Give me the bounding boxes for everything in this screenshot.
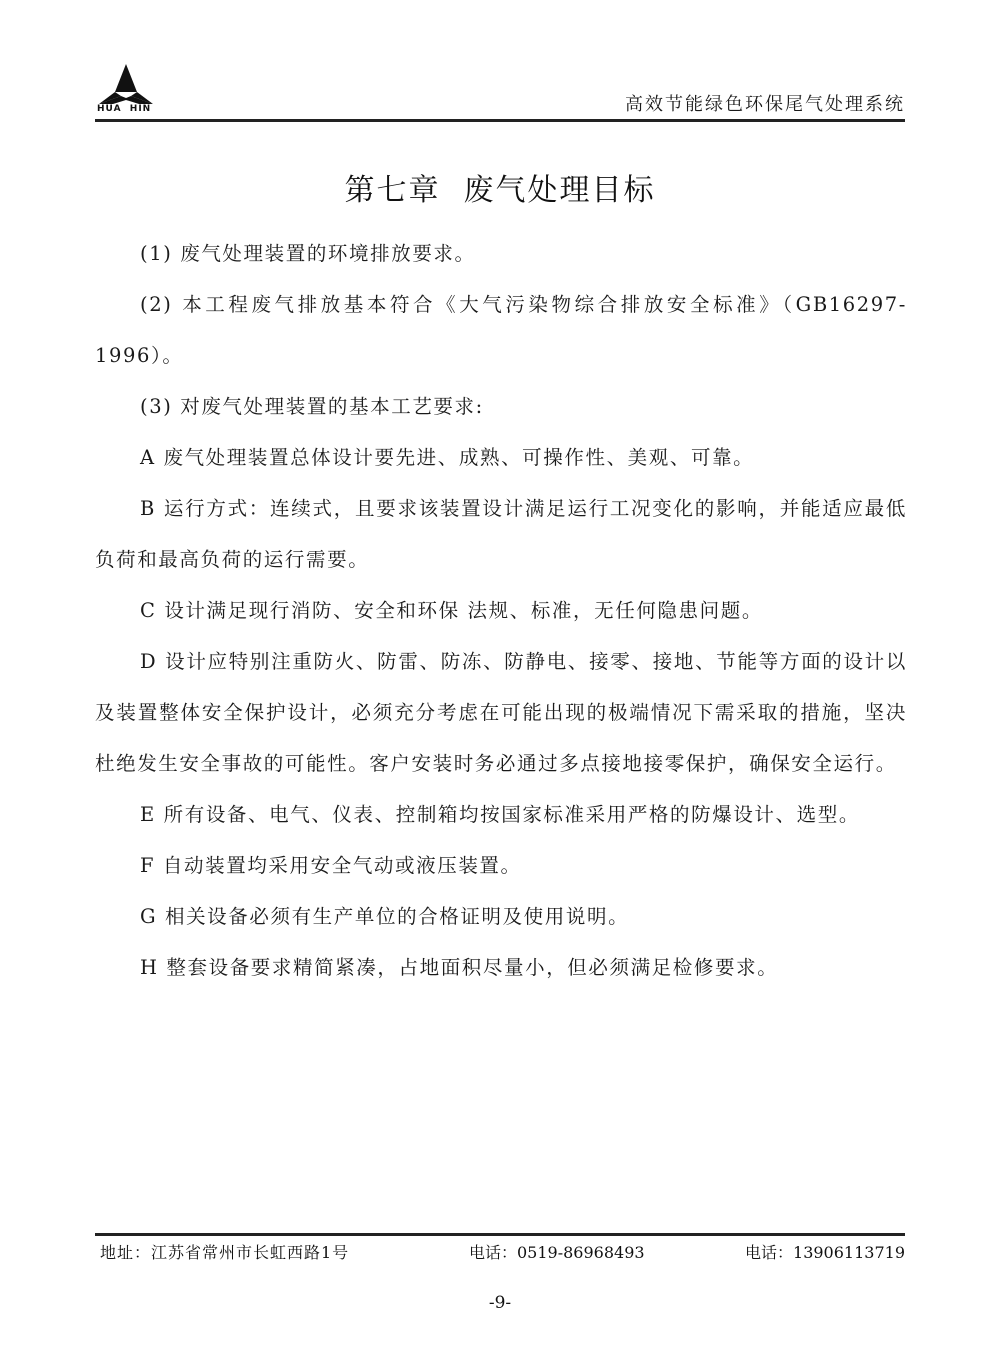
requirement-g: G 相关设备必须有生产单位的合格证明及使用说明。 — [95, 891, 907, 942]
page-footer: 地址：江苏省常州市长虹西路1号 电话：0519-86968493 电话：1390… — [95, 1240, 905, 1266]
logo-text: HUA HIN — [97, 104, 151, 114]
document-body: (1) 废气处理装置的环境排放要求。 (2) 本工程废气排放基本符合《大气污染物… — [95, 228, 907, 993]
requirement-f: F 自动装置均采用安全气动或液压装置。 — [95, 840, 907, 891]
requirement-h: H 整套设备要求精简紧凑，占地面积尽量小，但必须满足检修要求。 — [95, 942, 907, 993]
paragraph-3: (3) 对废气处理装置的基本工艺要求: — [95, 381, 907, 432]
company-logo: HUA HIN — [95, 62, 157, 118]
paragraph-1: (1) 废气处理装置的环境排放要求。 — [95, 228, 907, 279]
footer-phone-landline: 电话：0519-86968493 — [469, 1240, 645, 1263]
requirement-c: C 设计满足现行消防、安全和环保 法规、标准，无任何隐患问题。 — [95, 585, 907, 636]
footer-address: 地址：江苏省常州市长虹西路1号 — [100, 1240, 349, 1263]
requirement-a: A 废气处理装置总体设计要先进、成熟、可操作性、美观、可靠。 — [95, 432, 907, 483]
chapter-title: 第七章 废气处理目标 — [0, 165, 1000, 209]
mountain-triangle-logo-icon — [95, 62, 157, 106]
page-number: -9- — [0, 1293, 1000, 1313]
header-title: 高效节能绿色环保尾气处理系统 — [625, 90, 905, 116]
requirement-e: E 所有设备、电气、仪表、控制箱均按国家标准采用严格的防爆设计、选型。 — [95, 789, 907, 840]
footer-divider — [95, 1233, 905, 1236]
page-header: HUA HIN 高效节能绿色环保尾气处理系统 — [95, 62, 905, 120]
requirement-d: D 设计应特别注重防火、防雷、防冻、防静电、接零、接地、节能等方面的设计以及装置… — [95, 636, 907, 789]
requirement-b: B 运行方式：连续式，且要求该装置设计满足运行工况变化的影响，并能适应最低负荷和… — [95, 483, 907, 585]
footer-phone-mobile: 电话：13906113719 — [745, 1240, 905, 1263]
paragraph-2: (2) 本工程废气排放基本符合《大气污染物综合排放安全标准》（GB16297-1… — [95, 279, 907, 381]
header-divider — [95, 119, 905, 122]
